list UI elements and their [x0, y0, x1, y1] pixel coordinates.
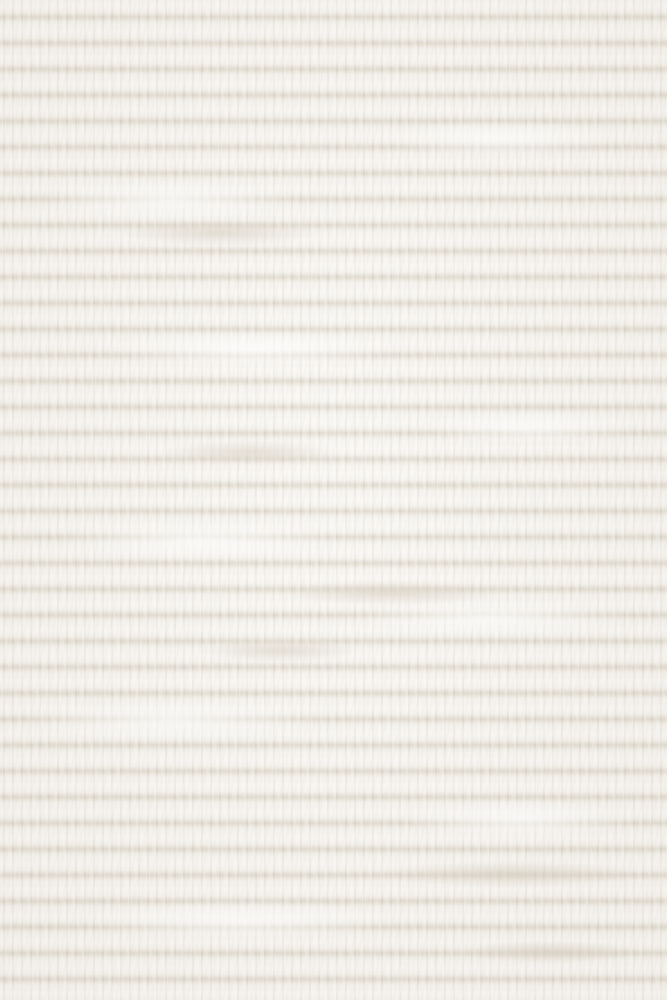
rug-texture-photo — [0, 0, 667, 1000]
lighting-vignette — [0, 0, 667, 1000]
